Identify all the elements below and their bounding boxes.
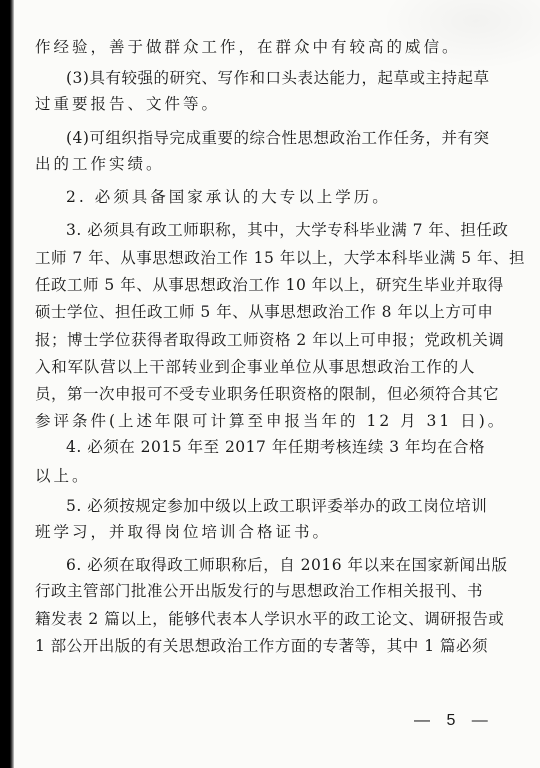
text-line: 过重要报告、文件等。 xyxy=(35,95,475,113)
text-line: 2. 必须具备国家承认的大专以上学历。 xyxy=(66,188,475,206)
text-line: 报；博士学位获得者取得政工师资格 2 年以上可申报；党政机关调 xyxy=(35,331,475,349)
text-line: 籍发表 2 篇以上，能够代表本人学识水平的政工论文、调研报告或 xyxy=(35,610,475,628)
text-line: 任政工师 5 年、从事思想政治工作 10 年以上，研究生毕业并取得 xyxy=(35,276,475,294)
text-line: 1 部公开出版的有关思想政治工作方面的专著等，其中 1 篇必须 xyxy=(35,637,475,655)
text-line: 3. 必须具有政工师职称，其中，大学专科毕业满 7 年、担任政 xyxy=(66,221,475,239)
text-line: 入和军队营以上干部转业到企事业单位从事思想政治工作的人 xyxy=(35,358,475,376)
page-number: — 5 — xyxy=(414,712,494,730)
text-line: 行政主管部门批准公开出版发行的与思想政治工作相关报刊、书 xyxy=(35,582,475,600)
scan-binding-edge xyxy=(0,0,14,768)
text-line: 员，第一次申报可不受专业职务任职资格的限制，但必须符合其它 xyxy=(35,385,475,403)
text-line: 班学习，并取得岗位培训合格证书。 xyxy=(35,523,475,541)
text-line: (3)具有较强的研究、写作和口头表达能力，起草或主持起草 xyxy=(66,69,475,87)
text-line: 作经验，善于做群众工作，在群众中有较高的威信。 xyxy=(35,38,475,56)
text-line: 参评条件(上述年限可计算至申报当年的 12 月 31 日)。 xyxy=(35,412,475,430)
text-line: 5. 必须按规定参加中级以上政工职评委举办的政工岗位培训 xyxy=(66,497,475,515)
text-line: 硕士学位、担任政工师 5 年、从事思想政治工作 8 年以上方可申 xyxy=(35,303,475,321)
text-line: 工师 7 年、从事思想政治工作 15 年以上，大学本科毕业满 5 年、担 xyxy=(35,249,475,267)
text-line: (4)可组织指导完成重要的综合性思想政治工作任务，并有突 xyxy=(66,129,475,147)
scan-artifact xyxy=(380,0,540,70)
text-line: 6. 必须在取得政工师职称后，自 2016 年以来在国家新闻出版 xyxy=(66,556,475,574)
text-line: 以上。 xyxy=(35,467,475,485)
text-line: 4. 必须在 2015 年至 2017 年任期考核连续 3 年均在合格 xyxy=(66,438,475,456)
text-line: 出的工作实绩。 xyxy=(35,155,475,173)
